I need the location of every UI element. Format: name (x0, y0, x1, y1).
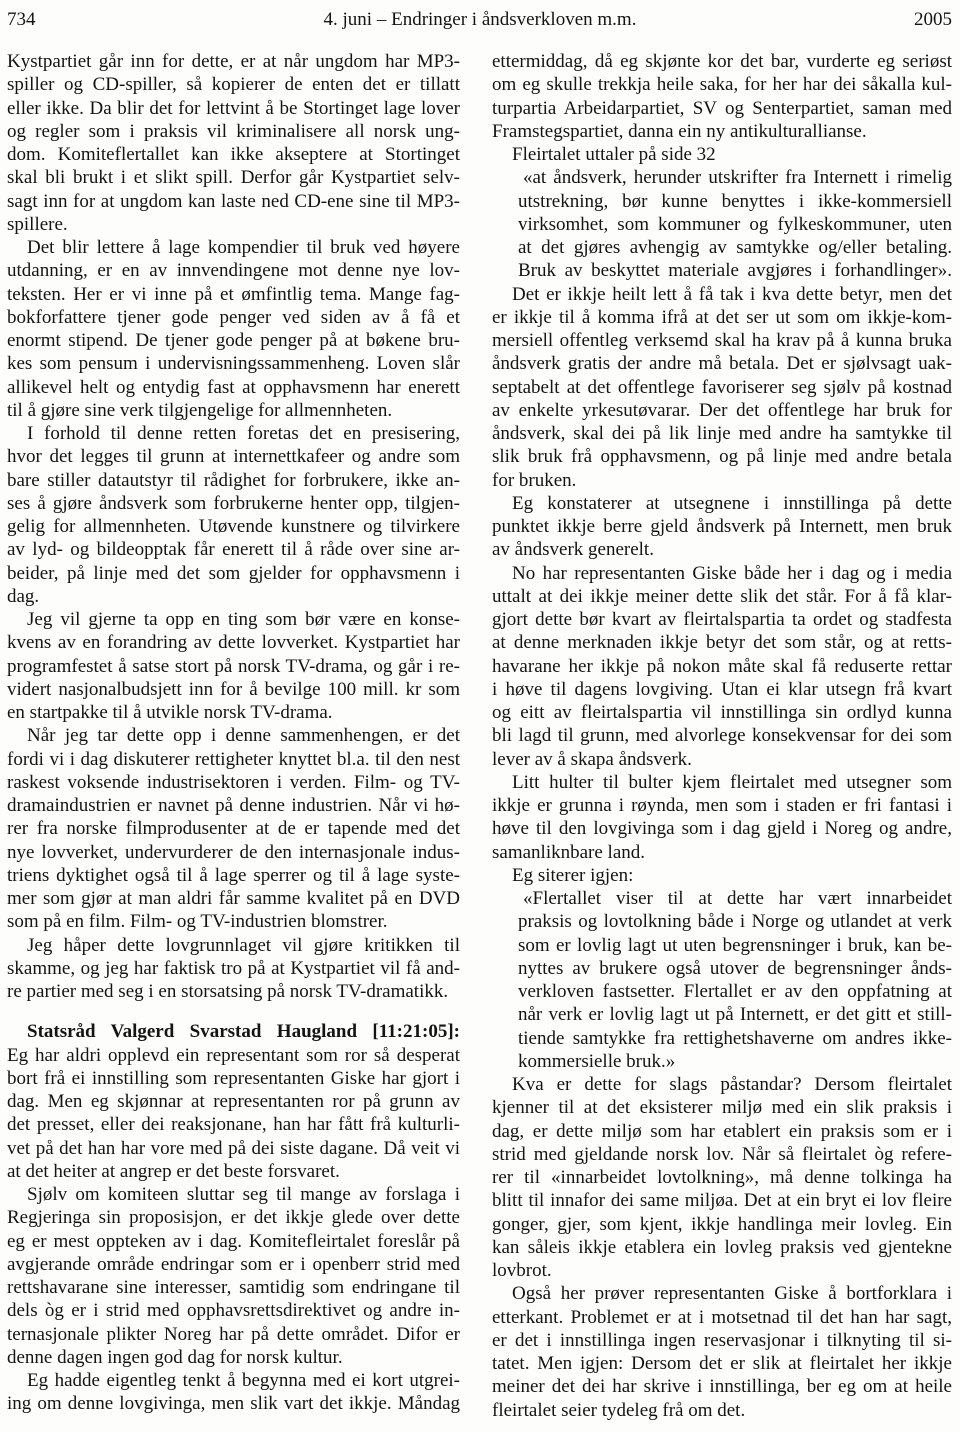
text-line: havarane her ikkje på nokon måte skal få… (492, 655, 952, 678)
text-line: gelig for allmennheten. Utøvende kunstne… (7, 515, 460, 538)
text-line: re partier med seg i en storsatsing på n… (7, 980, 460, 1003)
text-line: for bruken. (492, 469, 952, 492)
text-line: gonger, gjer, som kjent, ikkje handlinga… (492, 1213, 952, 1236)
text-line: når verk er lovlig lagt ut på Internett,… (492, 1003, 952, 1026)
text-line: og eitt av fleirtalspartia vil innstilli… (492, 701, 952, 724)
text-line: No har representanten Giske både her i d… (492, 562, 952, 585)
text-line: at det heiter at angrep er det beste for… (7, 1160, 460, 1183)
text-line: rer til «innarbeidet lovtolkning», må de… (492, 1166, 952, 1189)
text-line: bort frå ei innstilling som representant… (7, 1067, 460, 1090)
text-line: Kva er dette for slags påstandar? Dersom… (492, 1073, 952, 1096)
text-line: enormt stipend. De tjener gode penger på… (7, 329, 460, 352)
text-line: som er lovlig lagt ut uten begrensninger… (492, 934, 952, 957)
text-line: dels òg er i strid med opphavsrettsdirek… (7, 1299, 460, 1322)
text-line: ing om denne lovgivinga, men slik vart d… (7, 1392, 460, 1415)
text-line: en startpakke til å utvikle norsk TV-dra… (7, 701, 460, 724)
text-line: høve til den lovgivinga som i dag gjeld … (492, 817, 952, 840)
text-line: strid med gjeldande norsk lov. Når så fl… (492, 1143, 952, 1166)
text-line: av enkelte yrkesutøvarar. Der det offent… (492, 399, 952, 422)
text-line: eg er mest oppteken av i dag. Komiteflei… (7, 1230, 460, 1253)
text-line: av lyd- og bildeopptak får enerett til å… (7, 538, 460, 561)
text-line: Eg siterer igjen: (492, 864, 952, 887)
text-line: etterkant. Problemet er at i motsetnad t… (492, 1306, 952, 1329)
text-line: ses å gjøre åndsverk som forbrukerne hen… (7, 492, 460, 515)
text-line: mer som gjør at man aldri får samme kval… (7, 887, 460, 910)
text-line: Eg konstaterer at utsegnene i innstillin… (492, 492, 952, 515)
text-line: avgjerande område endringar som er i ope… (7, 1253, 460, 1276)
text-line: Bruk av beskyttet materiale avgjøres i f… (492, 259, 952, 282)
text-line: Fleirtalet uttaler på side 32 (492, 143, 952, 166)
text-line: Jeg vil gjerne ta opp en ting som bør væ… (7, 608, 460, 631)
text-line: av åndsverk generelt. (492, 538, 952, 561)
text-line: ternasjonale plikter Noreg har på dette … (7, 1323, 460, 1346)
text-line: kjenner til at det eksisterer miljø med … (492, 1096, 952, 1119)
text-line: det presset, eller dei reaksjonane, han … (7, 1113, 460, 1136)
text-line: Eg har aldri opplevd ein representant so… (7, 1044, 460, 1067)
header-year: 2005 (914, 9, 952, 31)
text-line: åndsverk, skal dei på lik linje med andr… (492, 422, 952, 445)
text-line: spiller og CD-spiller, så kopierer de en… (7, 73, 460, 96)
text-line: mersiell offentleg verksemd skal ha krav… (492, 329, 952, 352)
text-line: fordi vi i dag diskuterer rettigheter kn… (7, 748, 460, 771)
text-line: er ikkje til å komma ifrå at det ser ut … (492, 306, 952, 329)
text-line: Sjølv om komiteen sluttar seg til mange … (7, 1183, 460, 1206)
text-line: virksomhet, som kommuner og fylkeskommun… (492, 213, 952, 236)
text-line: hvor det legges til grunn at internettka… (7, 445, 460, 468)
text-line: dag. (7, 585, 460, 608)
text-line: triens dyktighet også til å lage sperrer… (7, 864, 460, 887)
text-line: allikevel helt og entydig fast at opphav… (7, 376, 460, 399)
text-line: fleirtalet seier tydeleg frå om det. (492, 1399, 952, 1422)
text-line: skal bli brukt i et slikt spill. Derfor … (7, 166, 460, 189)
text-line: vidert nasjonalbudsjett inn for å bevilg… (7, 678, 460, 701)
text-line: eller ikke. Da blir det for lettvint å b… (7, 97, 460, 120)
text-line: kommersielle bruk.» (492, 1050, 952, 1073)
text-line: ikkje er grunna i røynda, men som i stad… (492, 794, 952, 817)
text-line: om eg skulle trekkja heile saka, for her… (492, 73, 952, 96)
text-line: vet på det han har vore med på dei siste… (7, 1137, 460, 1160)
text-line: raskest voksende industrisektoren i verd… (7, 771, 460, 794)
text-line: nyttes av brukere også utover de begrens… (492, 957, 952, 980)
text-line: bare stiller datautstyr til rådighet for… (7, 469, 460, 492)
text-line: Jeg håper dette lovgrunnlaget vil gjøre … (7, 934, 460, 957)
text-line: samanliknbare land. (492, 841, 952, 864)
running-title: 4. juni – Endringer i åndsverkloven m.m. (0, 9, 960, 31)
text-line: Også her prøver representanten Giske å b… (492, 1282, 952, 1305)
text-line: Litt hulter til bulter kjem fleirtalet m… (492, 771, 952, 794)
text-line: teksten. Her er vi inne på et ømfintlig … (7, 283, 460, 306)
text-column-right: ettermiddag, då eg skjønte kor det bar, … (492, 50, 952, 1422)
text-line: rer fra norske filmprodusenter at de er … (7, 817, 460, 840)
text-line: slik bruk frå opphavsmenn, og på linje m… (492, 445, 952, 468)
text-line: denne dagen ingen god dag for norsk kult… (7, 1346, 460, 1369)
text-line: Eg hadde eigentleg tenkt å begynna med e… (7, 1369, 460, 1392)
text-line: lovbrot. (492, 1259, 952, 1282)
page-header: 734 4. juni – Endringer i åndsverkloven … (0, 9, 960, 35)
text-line: tiende samtykke fra rettighetshaverne om… (492, 1027, 952, 1050)
text-line: Regjeringa sin proposisjon, er det ikkje… (7, 1206, 460, 1229)
text-line: gjort dette bør kvart av fleirtalspartia… (492, 608, 952, 631)
text-line: Framstegspartiet, danna ein ny antikultu… (492, 120, 952, 143)
text-line: «Flertallet viser til at dette har vært … (492, 887, 952, 910)
text-line: spillere. (7, 213, 460, 236)
text-line: «at åndsverk, herunder utskrifter fra In… (492, 166, 952, 189)
text-line: septabelt at det offentlege favoriserer … (492, 376, 952, 399)
text-line: turpartia Arbeidarpartiet, SV og Senterp… (492, 97, 952, 120)
text-line: tatet. Men igjen: Dersom det er slik at … (492, 1352, 952, 1375)
text-line: kes som pensum i undervisningssammenheng… (7, 352, 460, 375)
text-line: meiner det dei har skrive i innstillinga… (492, 1375, 952, 1398)
text-line: dag. Men eg skjønnar at representanten r… (7, 1090, 460, 1113)
text-line: kvens av en forandring av dette lovverke… (7, 631, 460, 654)
text-line: Kystpartiet går inn for dette, er at når… (7, 50, 460, 73)
text-line: Statsråd Valgerd Svarstad Haugland [11:2… (7, 1020, 460, 1043)
text-line: som på en film. Film- og TV-industrien b… (7, 910, 460, 933)
text-line: bli lagd til grunn, med alvorlege konsek… (492, 724, 952, 747)
text-line: åndsverk gratis der andre må betala. Det… (492, 352, 952, 375)
text-column-left: Kystpartiet går inn for dette, er at når… (7, 50, 460, 1416)
text-line: utstrekning, bør kunne benyttes i ikke-k… (492, 190, 952, 213)
text-line: at det gjøres avhengig av samtykke og/el… (492, 236, 952, 259)
text-line: blitt til innafor dei same miljøa. Det a… (492, 1189, 952, 1212)
text-line: lever av å skapa åndsverk. (492, 748, 952, 771)
text-line: kan såleis ikkje etablera ein lovleg pra… (492, 1236, 952, 1259)
text-line: dramaindustrien er navnet på denne indus… (7, 794, 460, 817)
text-line: I forhold til denne retten foretas det e… (7, 422, 460, 445)
text-line: beider, på linje med det som gjelder for… (7, 562, 460, 585)
text-line: rettshavarane sine interesser, samtidig … (7, 1276, 460, 1299)
text-line: punktet ikkje berre gjeld åndsverk på In… (492, 515, 952, 538)
text-line: er det i innstillinga ingen reservasjona… (492, 1329, 952, 1352)
text-line: at denne merknaden ikkje betyr det som s… (492, 631, 952, 654)
text-line: og regler som i praksis vil kriminaliser… (7, 120, 460, 143)
text-line: programfestet å satse stort på norsk TV-… (7, 655, 460, 678)
text-line: praksis og lovtolkning både i Norge og u… (492, 910, 952, 933)
text-line: Når jeg tar dette opp i denne sammenheng… (7, 724, 460, 747)
text-line: skamme, og jeg har faktisk tro på at Kys… (7, 957, 460, 980)
text-line: uttalt at dei ikkje meiner dette slik de… (492, 585, 952, 608)
text-line: Det er ikkje heilt lett å få tak i kva d… (492, 283, 952, 306)
text-line: ettermiddag, då eg skjønte kor det bar, … (492, 50, 952, 73)
text-line: i høve til dagens lovgiving. Utan ei kla… (492, 678, 952, 701)
text-line: utdanning, er en av innvendingene mot de… (7, 259, 460, 282)
text-line: Det blir lettere å lage kompendier til b… (7, 236, 460, 259)
text-line: bokforfattere tjener gode penger ved sid… (7, 306, 460, 329)
text-line: til å gjøre sine verk tilgjengelige for … (7, 399, 460, 422)
text-line: dag, er dette miljø som har etablert ein… (492, 1120, 952, 1143)
text-line: dom. Komiteflertallet kan ikke akseptere… (7, 143, 460, 166)
text-line: verkloven fastsetter. Flertallet er av d… (492, 980, 952, 1003)
text-line: nye lovverket, undervurderer de den inte… (7, 841, 460, 864)
text-line: sagt inn for at ungdom kan laste ned CD-… (7, 190, 460, 213)
